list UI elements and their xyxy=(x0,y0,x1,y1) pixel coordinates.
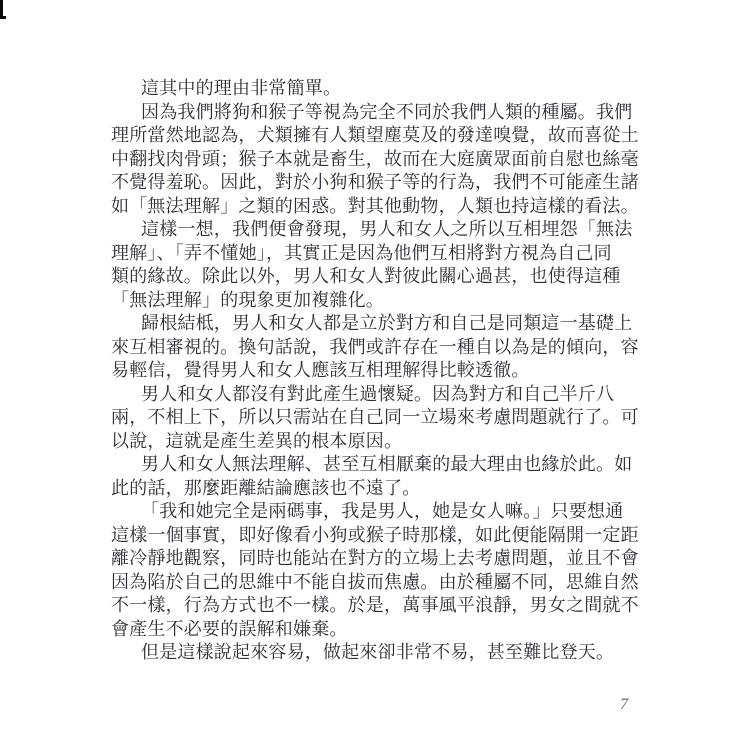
crop-mark-icon xyxy=(0,0,8,20)
text-line: 這樣一想，我們便會發現，男人和女人之所以互相埋怨「無法 xyxy=(111,218,645,242)
text-line: 理所當然地認為，犬類擁有人類望塵莫及的發達嗅覺，故而喜從土 xyxy=(111,124,645,148)
text-line: 不覺得羞恥。因此，對於小狗和猴子等的行為，我們不可能產生諸 xyxy=(111,171,645,195)
text-line: 但是這樣說起來容易，做起來卻非常不易，甚至難比登天。 xyxy=(111,641,645,665)
text-line: 這樣一個事實，即好像看小狗或猴子時那樣，如此便能隔開一定距 xyxy=(111,524,645,548)
text-line: 兩，不相上下，所以只需站在自己同一立場來考慮問題就行了。可 xyxy=(111,406,645,430)
text-line: 男人和女人都沒有對此產生過懷疑。因為對方和自己半斤八 xyxy=(111,383,645,407)
body-text: 這其中的理由非常簡單。因為我們將狗和猴子等視為完全不同於我們人類的種屬。我們理所… xyxy=(111,77,645,665)
text-line: 「無法理解」的現象更加複雜化。 xyxy=(111,289,645,313)
text-line: 此的話，那麼距離結論應該也不遠了。 xyxy=(111,477,645,501)
text-line: 如「無法理解」之類的困惑。對其他動物，人類也持這樣的看法。 xyxy=(111,195,645,219)
text-line: 理解」、「弄不懂她」，其實正是因為他們互相將對方視為自己同 xyxy=(111,242,645,266)
text-line: 中翻找肉骨頭；猴子本就是畜生，故而在大庭廣眾面前自慰也絲毫 xyxy=(111,148,645,172)
text-line: 因為我們將狗和猴子等視為完全不同於我們人類的種屬。我們 xyxy=(111,101,645,125)
text-line: 來互相審視的。換句話說，我們或許存在一種自以為是的傾向，容 xyxy=(111,336,645,360)
text-line: 「我和她完全是兩碼事，我是男人，她是女人嘛。」只要想通 xyxy=(111,500,645,524)
text-line: 因為陷於自己的思維中不能自拔而焦慮。由於種屬不同，思維自然 xyxy=(111,571,645,595)
page-number: 7 xyxy=(620,695,628,715)
text-line: 這其中的理由非常簡單。 xyxy=(111,77,645,101)
book-page: 這其中的理由非常簡單。因為我們將狗和猴子等視為完全不同於我們人類的種屬。我們理所… xyxy=(0,0,750,750)
text-line: 不一樣，行為方式也不一樣。於是，萬事風平浪靜，男女之間就不 xyxy=(111,594,645,618)
text-line: 會產生不必要的誤解和嫌棄。 xyxy=(111,618,645,642)
crop-mark-horizontal xyxy=(0,16,6,19)
text-line: 以說，這就是產生差異的根本原因。 xyxy=(111,430,645,454)
text-line: 類的緣故。除此以外，男人和女人對彼此關心過甚，也使得這種 xyxy=(111,265,645,289)
text-line: 歸根結柢，男人和女人都是立於對方和自己是同類這一基礎上 xyxy=(111,312,645,336)
text-line: 易輕信，覺得男人和女人應該互相理解得比較透徹。 xyxy=(111,359,645,383)
text-line: 離冷靜地觀察，同時也能站在對方的立場上去考慮問題，並且不會 xyxy=(111,547,645,571)
text-line: 男人和女人無法理解、甚至互相厭棄的最大理由也緣於此。如 xyxy=(111,453,645,477)
